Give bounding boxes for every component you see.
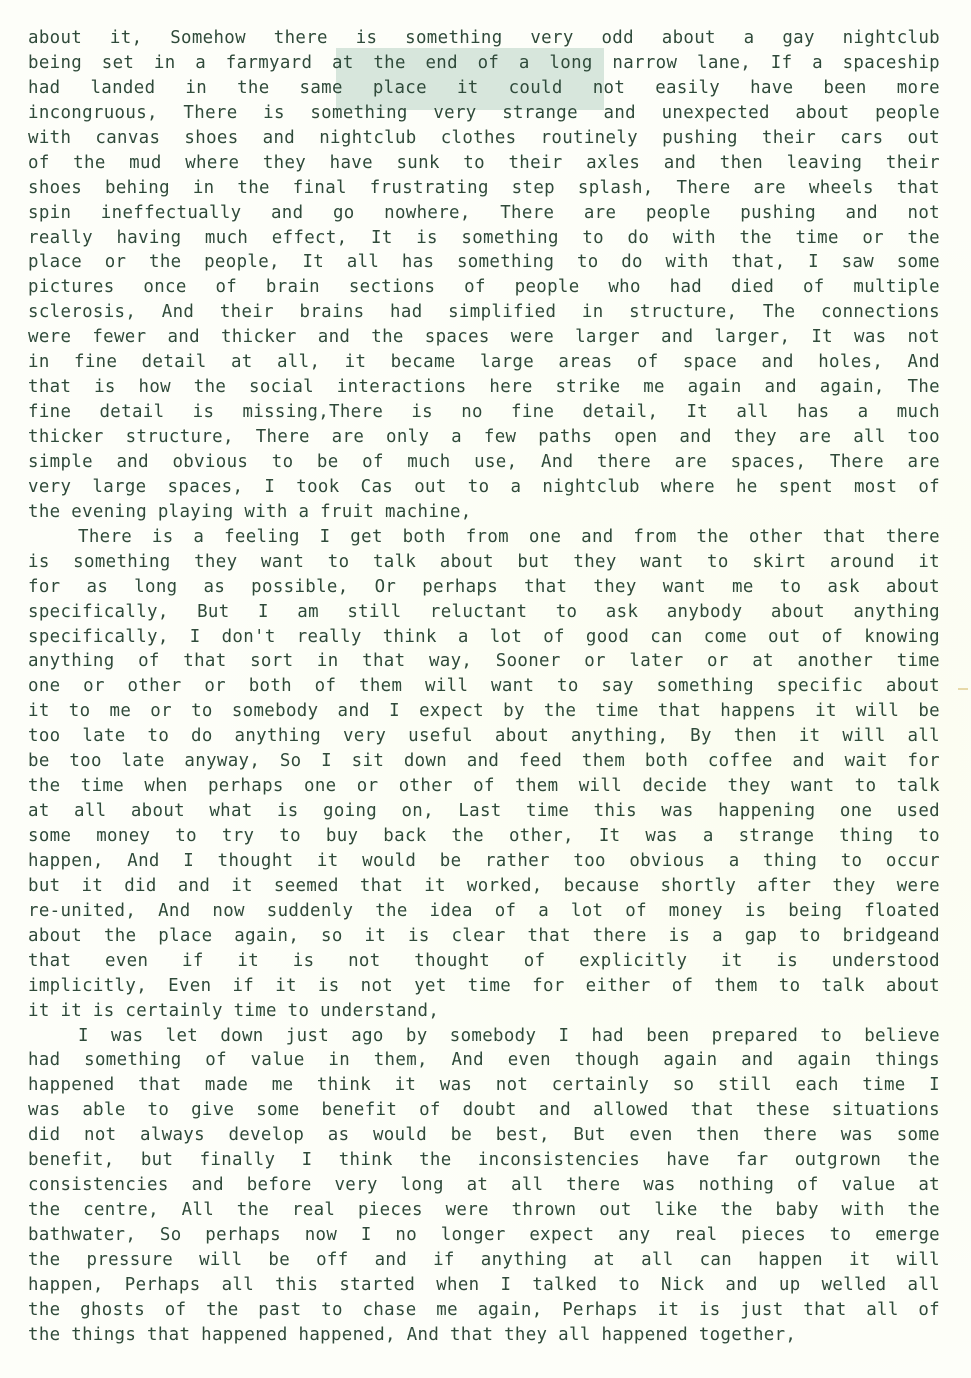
text-line: the pressure will be off and if anything… [28, 1248, 940, 1273]
text-line: thicker structure, There are only a few … [28, 425, 940, 450]
text-line: specifically, I don't really think a lot… [28, 625, 940, 650]
text-line: being set in a farmyard at the end of a … [28, 51, 940, 76]
text-line: the evening playing with a fruit machine… [28, 500, 940, 525]
text-line: about the place again, so it is clear th… [28, 924, 940, 949]
text-line: did not always develop as would be best,… [28, 1123, 940, 1148]
text-line: some money to try to buy back the other,… [28, 824, 940, 849]
text-line: simple and obvious to be of much use, An… [28, 450, 940, 475]
text-line: had landed in the same place it could no… [28, 76, 940, 101]
text-line: about it, Somehow there is something ver… [28, 26, 940, 51]
text-line: re-united, And now suddenly the idea of … [28, 899, 940, 924]
paragraph: There is a feeling I get both from one a… [28, 525, 940, 1024]
text-line: incongruous, There is something very str… [28, 101, 940, 126]
text-line: bathwater, So perhaps now I no longer ex… [28, 1223, 940, 1248]
text-line: fine detail is missing,There is no fine … [28, 400, 940, 425]
text-line: was able to give some benefit of doubt a… [28, 1098, 940, 1123]
text-line: place or the people, It all has somethin… [28, 250, 940, 275]
text-line: I was let down just ago by somebody I ha… [28, 1024, 940, 1049]
text-line: happened that made me think it was not c… [28, 1073, 940, 1098]
text-line: very large spaces, I took Cas out to a n… [28, 475, 940, 500]
paragraph: about it, Somehow there is something ver… [28, 26, 940, 525]
text-line: that even if it is not thought of explic… [28, 949, 940, 974]
text-line: consistencies and before very long at al… [28, 1173, 940, 1198]
text-line: anything of that sort in that way, Soone… [28, 649, 940, 674]
text-line: sclerosis, And their brains had simplifi… [28, 300, 940, 325]
text-line: in fine detail at all, it became large a… [28, 350, 940, 375]
text-line: spin ineffectually and go nowhere, There… [28, 201, 940, 226]
text-line: the things that happened happened, And t… [28, 1323, 940, 1348]
text-line: it it is certainly time to understand, [28, 999, 940, 1024]
text-line: at all about what is going on, Last time… [28, 799, 940, 824]
text-line: implicitly, Even if it is not yet time f… [28, 974, 940, 999]
text-line: pictures once of brain sections of peopl… [28, 275, 940, 300]
paper-mark [958, 688, 968, 690]
text-line: one or other or both of them will want t… [28, 674, 940, 699]
paragraph: I was let down just ago by somebody I ha… [28, 1024, 940, 1348]
text-line: were fewer and thicker and the spaces we… [28, 325, 940, 350]
text-line: it to me or to somebody and I expect by … [28, 699, 940, 724]
text-line: of the mud where they have sunk to their… [28, 151, 940, 176]
text-line: specifically, But I am still reluctant t… [28, 600, 940, 625]
text-line: that is how the social interactions here… [28, 375, 940, 400]
text-line: had something of value in them, And even… [28, 1048, 940, 1073]
typed-text-body: about it, Somehow there is something ver… [28, 26, 940, 1348]
text-line: the centre, All the real pieces were thr… [28, 1198, 940, 1223]
text-line: with canvas shoes and nightclub clothes … [28, 126, 940, 151]
text-line: shoes behing in the final frustrating st… [28, 176, 940, 201]
text-line: for as long as possible, Or perhaps that… [28, 575, 940, 600]
text-line: There is a feeling I get both from one a… [28, 525, 940, 550]
text-line: is something they want to talk about but… [28, 550, 940, 575]
scanned-page: about it, Somehow there is something ver… [0, 0, 971, 1378]
text-line: too late to do anything very useful abou… [28, 724, 940, 749]
text-line: really having much effect, It is somethi… [28, 226, 940, 251]
text-line: happen, Perhaps all this started when I … [28, 1273, 940, 1298]
text-line: benefit, but finally I think the inconsi… [28, 1148, 940, 1173]
text-line: but it did and it seemed that it worked,… [28, 874, 940, 899]
text-line: the time when perhaps one or other of th… [28, 774, 940, 799]
text-line: be too late anyway, So I sit down and fe… [28, 749, 940, 774]
text-line: the ghosts of the past to chase me again… [28, 1298, 940, 1323]
text-line: happen, And I thought it would be rather… [28, 849, 940, 874]
